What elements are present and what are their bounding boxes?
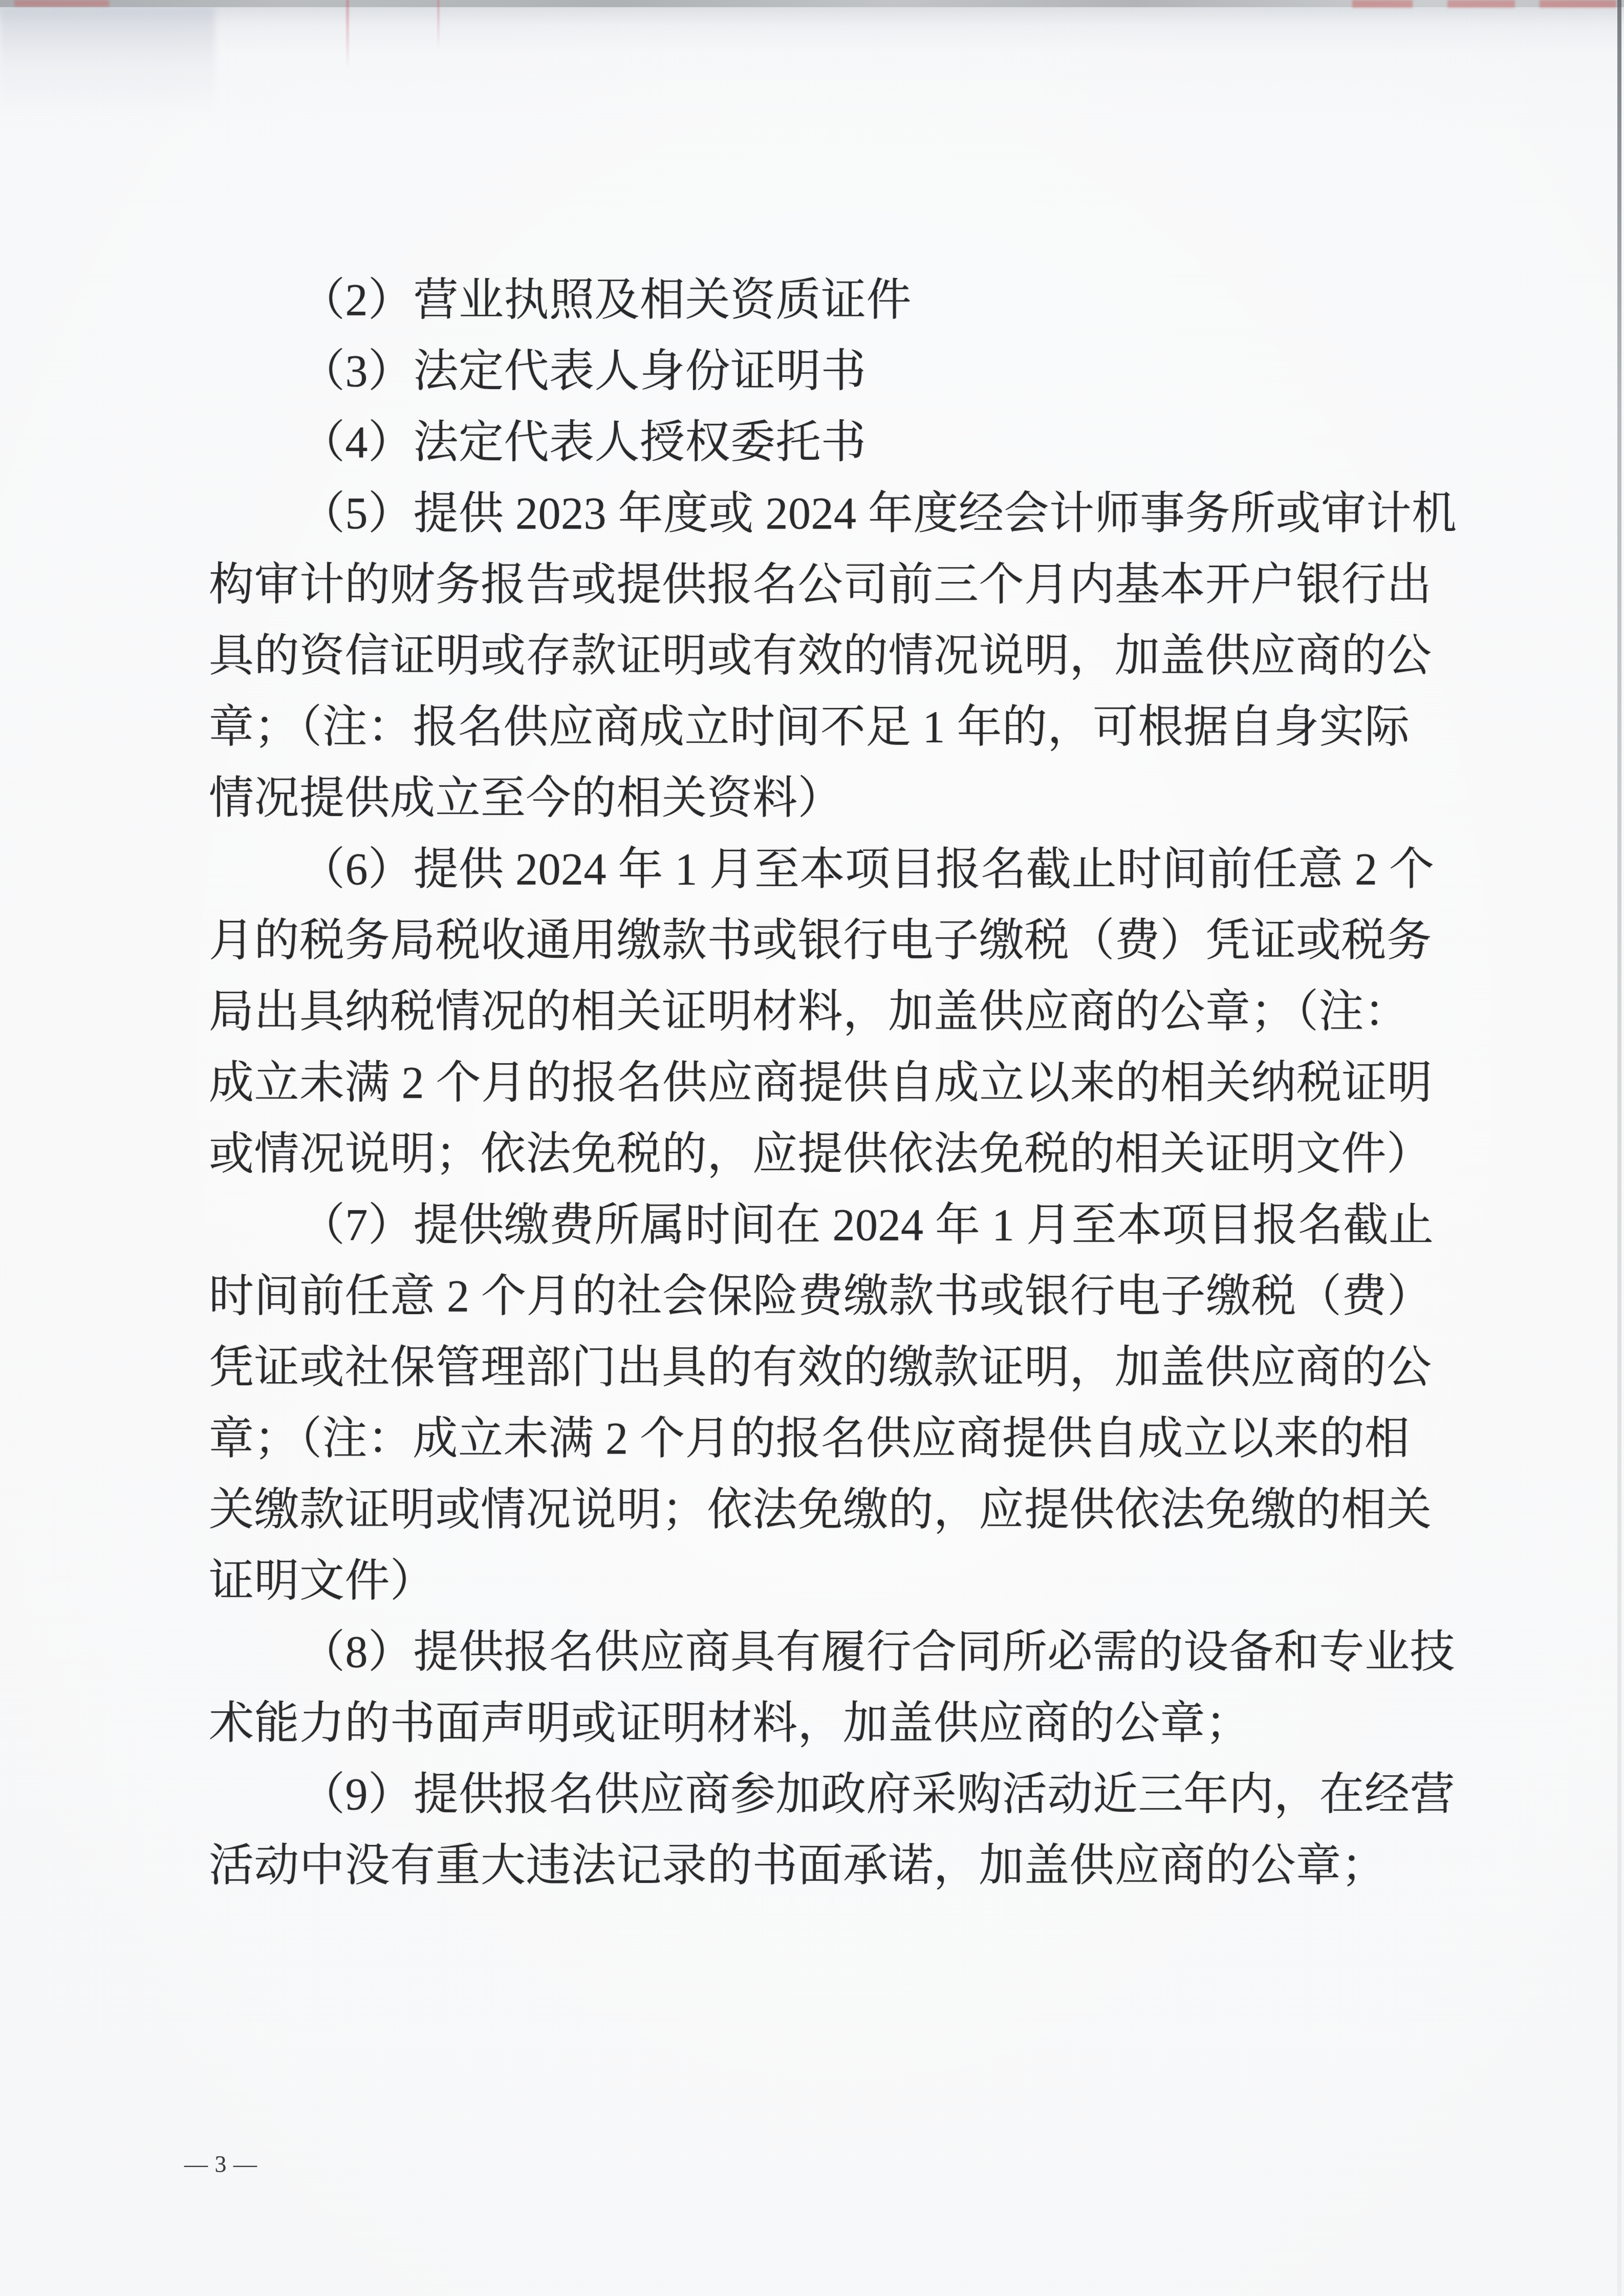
list-item-7-line: 凭证或社保管理部门出具的有效的缴款证明，加盖供应商的公 xyxy=(209,1332,1437,1403)
list-item-6-line: （6）提供 2024 年 1 月至本项目报名截止时间前任意 2 个 xyxy=(209,834,1437,905)
list-item-7-line: （7）提供缴费所属时间在 2024 年 1 月至本项目报名截止 xyxy=(209,1190,1437,1261)
scan-top-haze-artifact xyxy=(0,7,1624,53)
list-item-5-line: 构审计的财务报告或提供报名公司前三个月内基本开户银行出 xyxy=(209,549,1437,620)
list-item-3-line: （3）法定代表人身份证明书 xyxy=(209,336,1437,407)
scan-top-haze-left-artifact xyxy=(0,7,215,115)
scan-right-edge-artifact xyxy=(1617,0,1621,2296)
list-item-7-line: 章；（注：成立未满 2 个月的报名供应商提供自成立以来的相 xyxy=(209,1403,1437,1474)
list-item-6-line: 局出具纳税情况的相关证明材料，加盖供应商的公章；（注： xyxy=(209,976,1437,1047)
list-item-7-line: 时间前任意 2 个月的社会保险费缴款书或银行电子缴税（费） xyxy=(209,1261,1437,1332)
page-number: — 3 — xyxy=(184,2149,257,2180)
list-item-4-line: （4）法定代表人授权委托书 xyxy=(209,407,1437,478)
list-item-5-line: 章；（注：报名供应商成立时间不足 1 年的，可根据自身实际 xyxy=(209,692,1437,763)
document-body: （2）营业执照及相关资质证件 （3）法定代表人身份证明书 （4）法定代表人授权委… xyxy=(209,265,1437,1901)
list-item-6-line: 成立未满 2 个月的报名供应商提供自成立以来的相关纳税证明 xyxy=(209,1047,1437,1119)
scanned-document-page: （2）营业执照及相关资质证件 （3）法定代表人身份证明书 （4）法定代表人授权委… xyxy=(0,0,1624,2296)
list-item-8-line: 术能力的书面声明或证明材料，加盖供应商的公章； xyxy=(209,1688,1437,1759)
list-item-6-line: 月的税务局税收通用缴款书或银行电子缴税（费）凭证或税务 xyxy=(209,905,1437,976)
list-item-7-line: 证明文件） xyxy=(209,1546,1437,1617)
list-item-5-line: （5）提供 2023 年度或 2024 年度经会计师事务所或审计机 xyxy=(209,478,1437,549)
scan-top-edge-artifact xyxy=(0,0,1624,7)
list-item-9-line: 活动中没有重大违法记录的书面承诺，加盖供应商的公章； xyxy=(209,1830,1437,1901)
list-item-6-line: 或情况说明；依法免税的，应提供依法免税的相关证明文件） xyxy=(209,1119,1437,1190)
list-item-8-line: （8）提供报名供应商具有履行合同所必需的设备和专业技 xyxy=(209,1617,1437,1688)
list-item-2-line: （2）营业执照及相关资质证件 xyxy=(209,265,1437,336)
list-item-9-line: （9）提供报名供应商参加政府采购活动近三年内，在经营 xyxy=(209,1759,1437,1830)
list-item-7-line: 关缴款证明或情况说明；依法免缴的，应提供依法免缴的相关 xyxy=(209,1474,1437,1546)
list-item-5-line: 情况提供成立至今的相关资料） xyxy=(209,763,1437,834)
list-item-5-line: 具的资信证明或存款证明或有效的情况说明，加盖供应商的公 xyxy=(209,620,1437,692)
